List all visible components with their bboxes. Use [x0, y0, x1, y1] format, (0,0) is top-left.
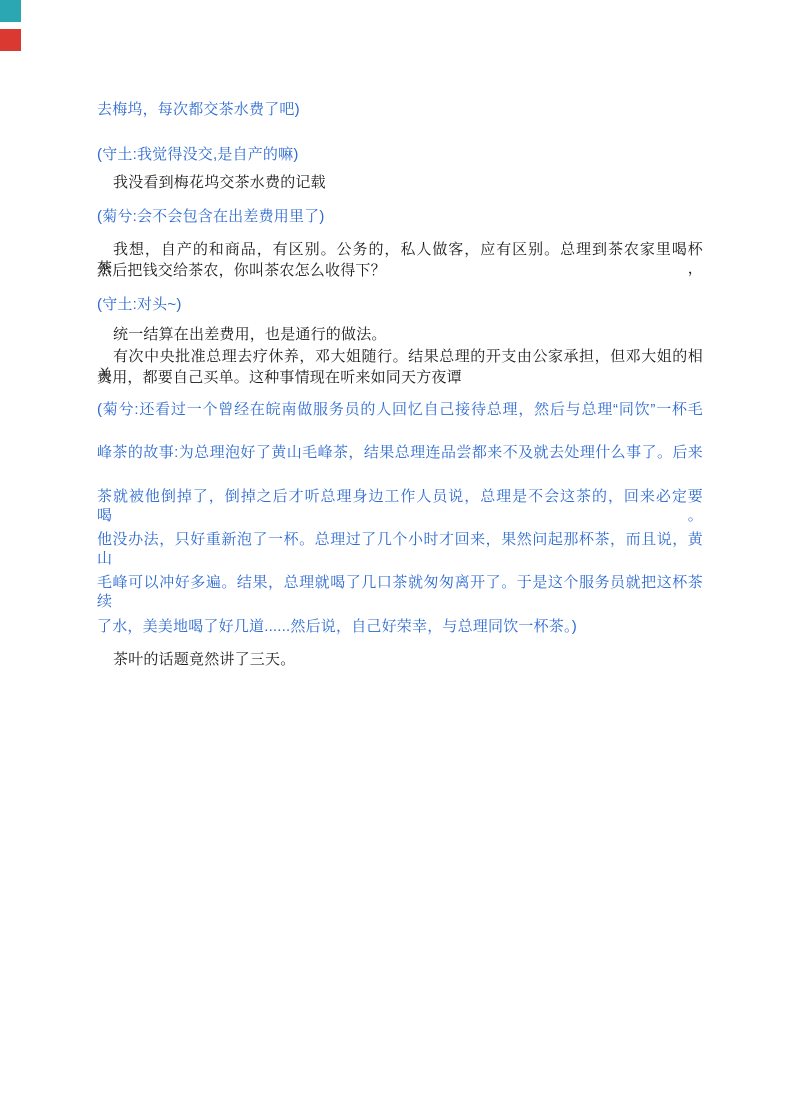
- text-line: 茶就被他倒掉了，倒掉之后才听总理身边工作人员说，总理是不会这茶的，回来必定要喝。: [97, 487, 703, 525]
- text-line: (菊兮:会不会包含在出差费用里了): [97, 207, 703, 226]
- text-line: 他没办法，只好重新泡了一杯。总理过了几个小时才回来，果然问起那杯茶，而且说，黄山: [97, 530, 703, 568]
- red-corner-marker: [0, 29, 21, 51]
- text-line: 统一结算在出差费用，也是通行的做法。: [97, 325, 703, 344]
- text-line: 费用，都要自己买单。这种事情现在听来如同天方夜谭: [97, 368, 703, 387]
- text-line: 去梅坞，每次都交茶水费了吧): [97, 100, 703, 119]
- text-line: 峰茶的故事:为总理泡好了黄山毛峰茶，结果总理连品尝都来不及就去处理什么事了。后来: [97, 443, 703, 462]
- text-line: 然后把钱交给茶农，你叫茶农怎么收得下？: [97, 261, 703, 280]
- text-line: 了水，美美地喝了好几道......然后说，自己好荣幸，与总理同饮一杯茶。): [97, 617, 703, 636]
- text-line: (守土:对头~): [97, 295, 703, 314]
- teal-corner-marker: [0, 0, 21, 22]
- text-line: (守土:我觉得没交,是自产的嘛): [97, 145, 703, 164]
- text-line: 茶叶的话题竟然讲了三天。: [97, 650, 703, 669]
- text-line: 毛峰可以冲好多遍。结果，总理就喝了几口茶就匆匆离开了。于是这个服务员就把这杯茶续: [97, 573, 703, 611]
- text-line: (菊兮:还看过一个曾经在皖南做服务员的人回忆自己接待总理，然后与总理“同饮”一杯…: [97, 400, 703, 419]
- text-line: 我没看到梅花坞交茶水费的记载: [97, 173, 703, 192]
- document-page: 去梅坞，每次都交茶水费了吧) (守土:我觉得没交,是自产的嘛) 我没看到梅花坞交…: [0, 0, 800, 1100]
